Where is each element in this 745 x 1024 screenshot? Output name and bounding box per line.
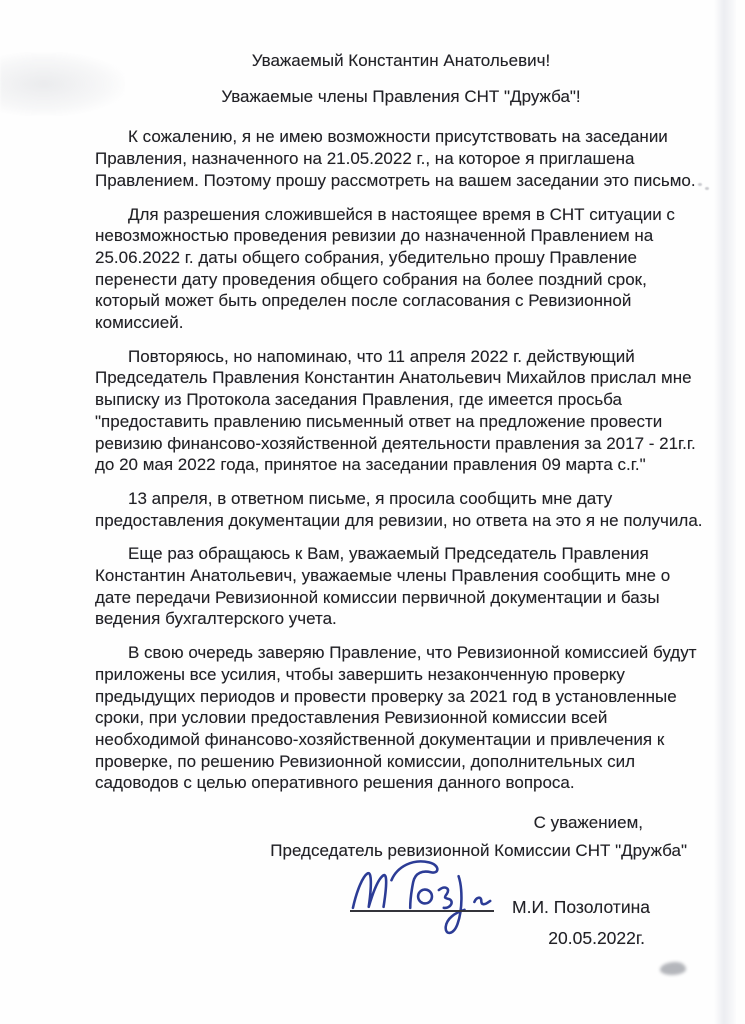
signature-block: М.И. Позолотина (95, 864, 707, 924)
paragraph-2: Для разрешения сложившейся в настоящее в… (95, 204, 707, 334)
paragraph-5: Еще раз обращаюсь к Вам, уважаемый Предс… (95, 543, 707, 630)
scanned-letter-page: Уважаемый Константин Анатольевич! Уважае… (0, 0, 745, 1024)
closing-phrase: С уважением, (95, 812, 707, 834)
signature-line (350, 910, 494, 912)
letter-body: Уважаемый Константин Анатольевич! Уважае… (95, 50, 707, 949)
scan-edge-shadow (714, 0, 736, 1024)
handwritten-signature-icon (348, 850, 506, 942)
paragraph-3: Повторяюсь, но напоминаю, что 11 апреля … (95, 346, 707, 476)
paragraph-6: В свою очередь заверяю Правление, что Ре… (95, 642, 707, 794)
salutation-secondary: Уважаемые члены Правления СНТ "Дружба"! (95, 86, 707, 108)
signature-area (352, 864, 500, 924)
paragraph-4: 13 апреля, в ответном письме, я просила … (95, 488, 707, 531)
paragraph-1: К сожалению, я не имею возможности прису… (95, 126, 707, 191)
salutation-primary: Уважаемый Константин Анатольевич! (95, 50, 707, 72)
signer-name: М.И. Позолотина (512, 897, 650, 918)
scan-smudge-bottom-right (660, 962, 686, 975)
